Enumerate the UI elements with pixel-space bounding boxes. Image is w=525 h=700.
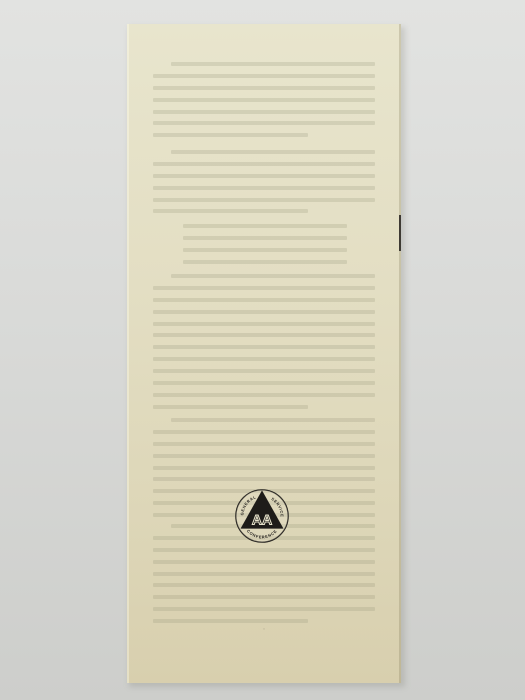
bleed-through-paragraph-1 bbox=[153, 62, 375, 145]
booklet-back-cover: · AA GENERAL SERVICE CONFERENCE bbox=[127, 24, 401, 683]
logo-aa: AA bbox=[252, 511, 272, 527]
bleed-through-page-number: · bbox=[127, 624, 401, 634]
aa-general-service-conference-logo: AA GENERAL SERVICE CONFERENCE bbox=[234, 488, 290, 544]
bleed-through-paragraph-2 bbox=[153, 150, 375, 221]
staple-edge bbox=[399, 215, 401, 251]
bleed-through-paragraph-3 bbox=[153, 274, 375, 417]
bleed-through-quote-block bbox=[153, 224, 375, 272]
